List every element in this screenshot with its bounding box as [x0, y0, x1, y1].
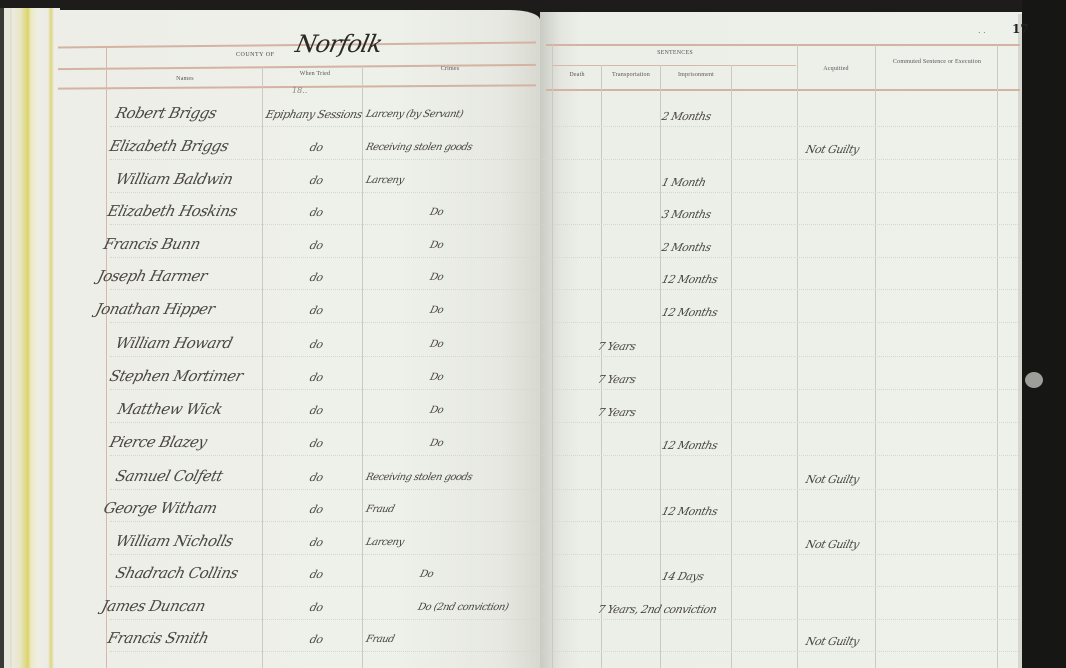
entry-name: Joseph Harmer — [96, 267, 209, 285]
page-stack-edges — [0, 8, 60, 668]
col-divider-imprison — [731, 65, 732, 668]
entry-name: Robert Briggs — [114, 104, 219, 122]
row-rule — [110, 322, 1020, 323]
entry-when-tried: Epiphany Sessions — [264, 108, 363, 121]
entry-imprisonment: 12 Months — [660, 439, 718, 452]
row-rule — [110, 619, 1020, 620]
page-dots: . . — [978, 26, 986, 35]
entry-imprisonment: 12 Months — [660, 273, 718, 286]
entry-crime: Do — [429, 305, 445, 316]
entry-name: William Baldwin — [114, 170, 235, 188]
page-number: 17 — [1012, 22, 1029, 36]
entry-name: James Duncan — [100, 597, 207, 615]
entry-name: William Nicholls — [114, 532, 235, 550]
row-rule — [110, 455, 1020, 456]
entry-crime: Larceny (by Servant) — [365, 109, 465, 120]
entry-crime: Fraud — [365, 504, 396, 515]
row-rule — [110, 586, 1020, 587]
row-rule — [110, 389, 1020, 390]
entry-crime: Larceny — [365, 537, 405, 548]
entry-crime: Do — [419, 569, 435, 580]
entry-crime: Receiving stolen goods — [365, 472, 474, 483]
row-rule — [110, 422, 1020, 423]
row-rule — [110, 554, 1020, 555]
entry-name: William Howard — [114, 334, 234, 352]
entry-transportation: 7 Years — [596, 406, 637, 419]
header-when-tried: When Tried — [280, 71, 350, 77]
ink-blot — [1025, 372, 1043, 388]
header-crimes: Crimes — [420, 66, 480, 72]
header-acquitted: Acquitted — [800, 66, 872, 72]
col-divider-when — [362, 66, 363, 668]
header-commuted: Commuted Sentence or Execution — [892, 59, 982, 66]
year-mark: 18.. — [292, 86, 307, 95]
entry-crime: Fraud — [365, 634, 396, 645]
entry-acquitted: Not Guilty — [804, 143, 860, 156]
entry-name: Shadrach Collins — [114, 564, 240, 582]
header-imprisonment: Imprisonment — [661, 72, 731, 78]
entry-crime: Receiving stolen goods — [365, 142, 474, 153]
county-name: Norfolk — [293, 30, 384, 58]
entry-crime: Do — [429, 405, 445, 416]
header-death: Death — [554, 72, 600, 78]
entry-crime: Do (2nd conviction) — [417, 602, 510, 613]
entry-name: Jonathan Hipper — [94, 300, 217, 318]
row-rule — [110, 521, 1020, 522]
entry-crime: Do — [429, 240, 445, 251]
entry-imprisonment: 2 Months — [660, 241, 712, 254]
entry-crime: Do — [429, 207, 445, 218]
header-names: Names — [150, 76, 220, 82]
entry-transportation: 7 Years — [596, 373, 637, 386]
row-rule — [110, 651, 1020, 652]
entry-acquitted: Not Guilty — [804, 473, 860, 486]
row-rule — [110, 257, 1020, 258]
entry-imprisonment: 3 Months — [660, 208, 712, 221]
row-rule — [110, 159, 1020, 160]
col-divider-death — [601, 65, 602, 668]
entry-name: Francis Smith — [106, 629, 211, 647]
row-rule — [110, 126, 1020, 127]
header-rule-bottom-right — [546, 89, 1020, 91]
row-rule — [110, 224, 1020, 225]
entry-crime: Do — [429, 372, 445, 383]
entry-crime: Do — [429, 339, 445, 350]
row-rule — [110, 356, 1020, 357]
entry-name: George Witham — [102, 499, 219, 517]
row-rule — [110, 192, 1020, 193]
ledger-spread: COUNTY OF Norfolk Names When Tried Crime… — [0, 0, 1066, 668]
entry-name: Pierce Blazey — [108, 433, 209, 451]
entry-imprisonment: 1 Month — [660, 176, 707, 189]
header-rule-top-right — [546, 44, 1020, 46]
entry-name: Francis Bunn — [102, 235, 202, 253]
entry-name: Matthew Wick — [116, 400, 224, 418]
entry-transportation: 7 Years, 2nd conviction — [596, 603, 718, 616]
header-rule-sentences — [552, 65, 796, 66]
entry-imprisonment: 14 Days — [660, 570, 704, 583]
entry-crime: Do — [429, 272, 445, 283]
row-rule — [110, 489, 1020, 490]
entry-acquitted: Not Guilty — [804, 635, 860, 648]
col-divider-names — [262, 66, 263, 668]
entry-imprisonment: 12 Months — [660, 505, 718, 518]
margin-line — [106, 46, 107, 668]
entry-name: Samuel Colfett — [114, 467, 225, 485]
county-label: COUNTY OF — [236, 52, 274, 58]
entry-name: Elizabeth Hoskins — [106, 202, 239, 220]
row-rule — [110, 289, 1020, 290]
entry-crime: Do — [429, 438, 445, 449]
header-transportation: Transportation — [602, 72, 660, 78]
header-sentences: SENTENCES — [630, 50, 720, 56]
entry-imprisonment: 12 Months — [660, 306, 718, 319]
entry-transportation: 7 Years — [596, 340, 637, 353]
entry-name: Elizabeth Briggs — [108, 137, 231, 155]
entry-name: Stephen Mortimer — [108, 367, 245, 385]
entry-crime: Larceny — [365, 175, 405, 186]
book-cover-right — [1022, 0, 1066, 668]
entry-acquitted: Not Guilty — [804, 538, 860, 551]
entry-imprisonment: 2 Months — [660, 110, 712, 123]
